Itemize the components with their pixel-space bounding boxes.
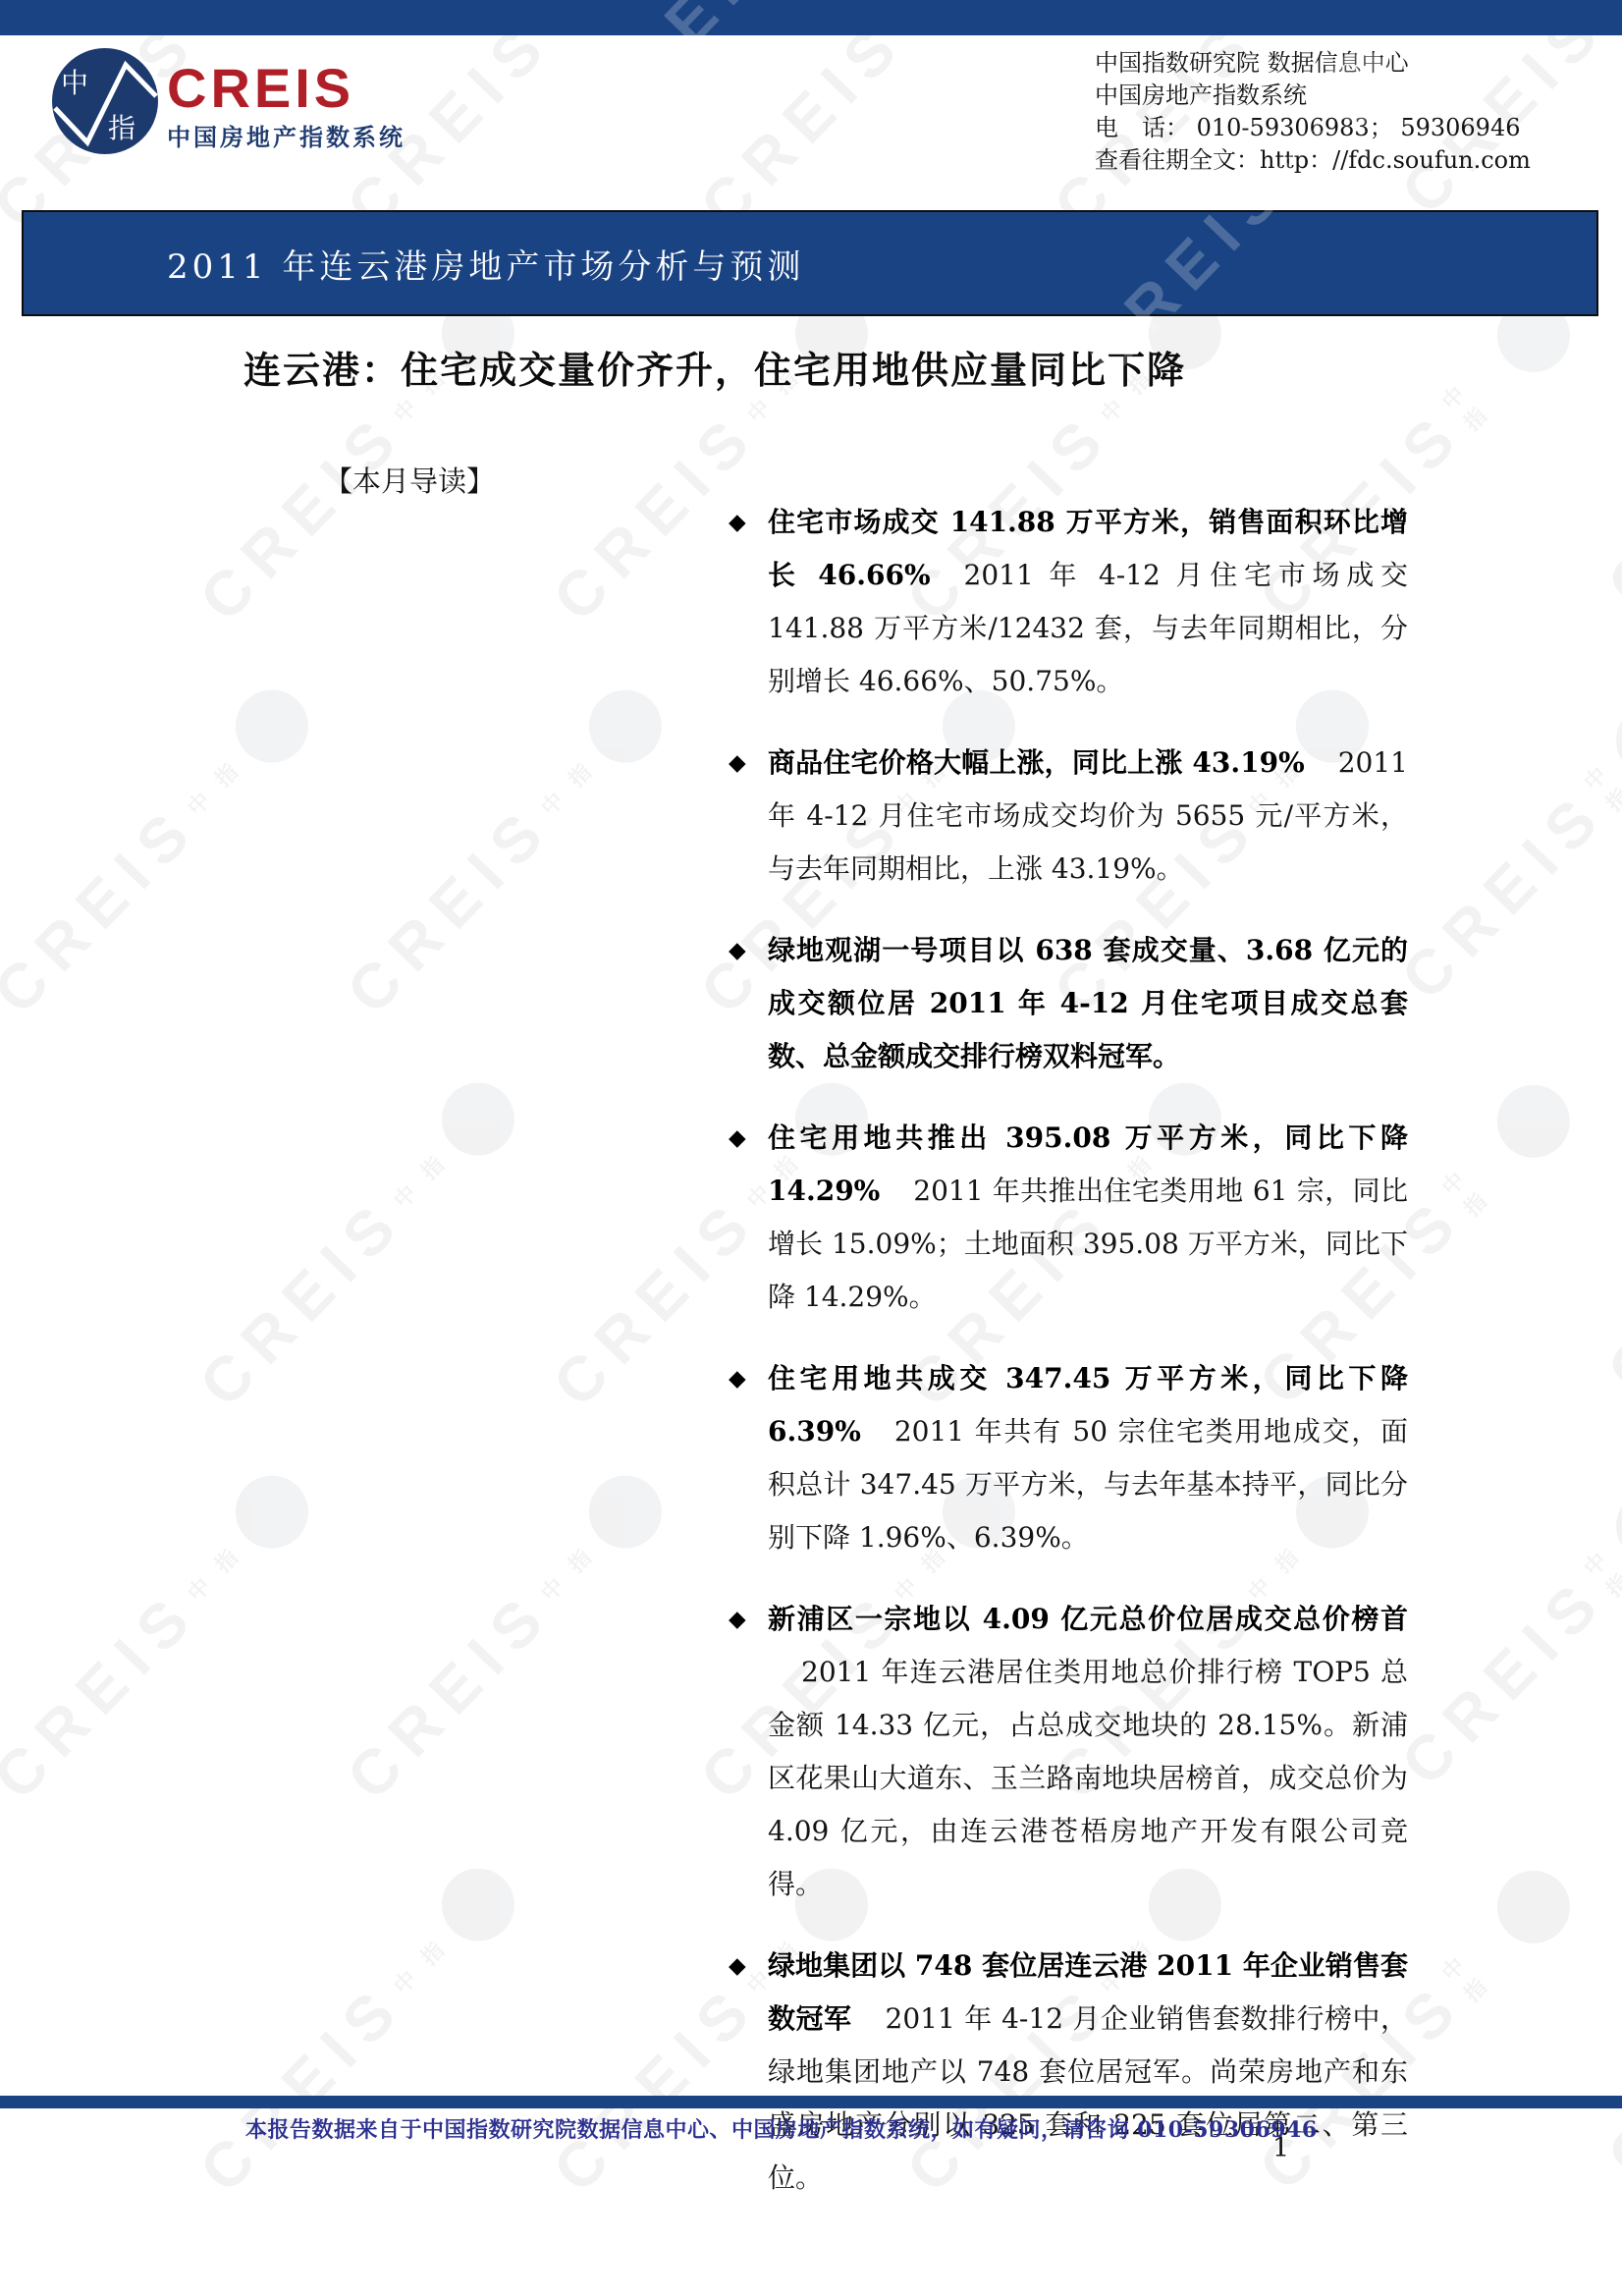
watermark-text: CREIS: [186, 397, 419, 634]
watermark-circle-logo-icon: [573, 675, 676, 778]
watermark-subtext: 中 指: [1577, 755, 1622, 817]
footer-note: 本报告数据来自于中国指数研究院数据信息中心、中国房地产指数系统，如有疑问，请咨询…: [245, 2113, 1325, 2144]
logo-char-top: 中: [61, 67, 88, 99]
bullet-diamond-icon: ◆: [729, 1112, 756, 1324]
highlights-list: ◆住宅市场成交 141.88 万平方米，销售面积环比增长 46.66%2011 …: [729, 496, 1408, 2233]
logo-char-bottom: 指: [108, 112, 135, 144]
watermark-text: CREIS: [333, 1575, 567, 1813]
page-number: 1: [1272, 2133, 1289, 2163]
creis-watermark: CREIS中 指: [0, 1460, 323, 1813]
creis-logo: 中 指 CREIS 中国房地产指数系统: [51, 47, 405, 155]
creis-watermark: CREIS中 指: [333, 675, 676, 1027]
bullet-diamond-icon: ◆: [729, 924, 756, 1083]
watermark-circle-logo-icon: [426, 1067, 529, 1171]
watermark-circle-logo-icon: [1600, 689, 1622, 793]
bullet-diamond-icon: ◆: [729, 1352, 756, 1564]
highlight-lead: 绿地观湖一号项目以 638 套成交量、3.68 亿元的成交额位居 2011 年 …: [768, 934, 1408, 1072]
watermark-text: CREIS: [186, 1968, 419, 2206]
watermark-subtext: 中 指: [1434, 351, 1521, 437]
watermark-text: CREIS: [1594, 383, 1622, 621]
watermark-text: CREIS: [0, 790, 212, 1027]
contact-url-line: 查看往期全文：http：//fdc.soufun.com: [1095, 144, 1556, 177]
highlight-item: ◆住宅用地共成交 347.45 万平方米，同比下降 6.39%2011 年共有 …: [729, 1352, 1408, 1564]
highlight-text: 绿地观湖一号项目以 638 套成交量、3.68 亿元的成交额位居 2011 年 …: [756, 924, 1408, 1083]
highlight-text: 住宅用地共成交 347.45 万平方米，同比下降 6.39%2011 年共有 5…: [756, 1352, 1408, 1564]
watermark-subtext: 中 指: [1577, 1541, 1622, 1603]
creis-watermark: CREIS中 指: [1387, 1475, 1622, 1799]
banner-title: 2011 年连云港房地产市场分析与预测: [24, 240, 804, 288]
highlight-lead: 商品住宅价格大幅上涨，同比上涨 43.19%: [768, 746, 1338, 779]
highlight-item: ◆商品住宅价格大幅上涨，同比上涨 43.19%2011 年 4-12 月住宅市场…: [729, 737, 1408, 896]
highlight-item: ◆住宅市场成交 141.88 万平方米，销售面积环比增长 46.66%2011 …: [729, 496, 1408, 708]
watermark-text: CREIS: [1387, 1561, 1621, 1799]
creis-watermark: CREIS中 指: [1594, 297, 1622, 621]
watermark-subtext: 中 指: [1434, 1922, 1521, 2008]
watermark-subtext: 中 指: [180, 752, 248, 822]
highlight-text: 住宅用地共推出 395.08 万平方米，同比下降 14.29%2011 年共推出…: [756, 1112, 1408, 1324]
report-banner: 2011 年连云港房地产市场分析与预测: [22, 210, 1598, 316]
creis-watermark: CREIS中 指: [1387, 689, 1622, 1013]
logo-text: CREIS 中国房地产指数系统: [167, 47, 405, 152]
report-page: CREIS中 指CREIS中 指CREIS中 指CREIS中 指CREIS中 指…: [0, 0, 1622, 2296]
watermark-text: CREIS: [1594, 1169, 1622, 1406]
highlight-body: 2011 年连云港居住类用地总价排行榜 TOP5 总金额 14.33 亿元，占总…: [768, 1656, 1408, 1900]
highlight-item: ◆绿地集团以 748 套位居连云港 2011 年企业销售套数冠军2011 年 4…: [729, 1940, 1408, 2205]
contact-org-line: 中国指数研究院 数据信息中心: [1095, 47, 1556, 80]
report-header: 中 指 CREIS 中国房地产指数系统 中国指数研究院 数据信息中心 中国房地产…: [0, 35, 1622, 212]
watermark-subtext: 中 指: [533, 1538, 602, 1608]
page-title: 连云港：住宅成交量价齐升，住宅用地供应量同比下降: [243, 340, 1422, 394]
section-label: 【本月导读】: [324, 460, 495, 500]
contact-system-line: 中国房地产指数系统: [1095, 80, 1556, 112]
watermark-subtext: 中 指: [386, 1931, 455, 2000]
creis-watermark: CREIS中 指: [333, 1460, 676, 1813]
watermark-text: CREIS: [186, 1182, 419, 1420]
watermark-subtext: 中 指: [1434, 1136, 1521, 1223]
watermark-subtext: 中 指: [386, 1145, 455, 1215]
watermark-circle-logo-icon: [220, 675, 323, 778]
highlight-item: ◆住宅用地共推出 395.08 万平方米，同比下降 14.29%2011 年共推…: [729, 1112, 1408, 1324]
watermark-circle-logo-icon: [1600, 1475, 1622, 1578]
highlight-text: 绿地集团以 748 套位居连云港 2011 年企业销售套数冠军2011 年 4-…: [756, 1940, 1408, 2205]
footer-divider: [0, 2096, 1622, 2108]
watermark-text: CREIS: [333, 790, 567, 1027]
watermark-circle-logo-icon: [220, 1460, 323, 1563]
creis-watermark: CREIS中 指: [1594, 1082, 1622, 1406]
contact-phone-line: 电 话： 010-59306983； 59306946: [1095, 112, 1556, 144]
creis-watermark: CREIS中 指: [1594, 1868, 1622, 2192]
logo-subtitle: 中国房地产指数系统: [167, 118, 405, 152]
highlight-text: 住宅市场成交 141.88 万平方米，销售面积环比增长 46.66%2011 年…: [756, 496, 1408, 708]
watermark-circle-logo-icon: [426, 1853, 529, 1956]
watermark-subtext: 中 指: [180, 1538, 248, 1608]
watermark-text: CREIS: [1594, 1954, 1622, 2192]
creis-watermark: CREIS中 指: [186, 1853, 529, 2206]
bullet-diamond-icon: ◆: [729, 1940, 756, 2205]
header-contact: 中国指数研究院 数据信息中心 中国房地产指数系统 电 话： 010-593069…: [1095, 47, 1556, 177]
highlight-item: ◆绿地观湖一号项目以 638 套成交量、3.68 亿元的成交额位居 2011 年…: [729, 924, 1408, 1083]
watermark-circle-logo-icon: [1483, 1856, 1586, 1959]
watermark-circle-logo-icon: [573, 1460, 676, 1563]
bullet-diamond-icon: ◆: [729, 496, 756, 708]
creis-watermark: CREIS中 指: [0, 675, 323, 1027]
creis-logo-mark-icon: 中 指: [51, 47, 159, 155]
watermark-text: CREIS: [1387, 776, 1621, 1013]
watermark-subtext: 中 指: [533, 752, 602, 822]
highlight-text: 商品住宅价格大幅上涨，同比上涨 43.19%2011 年 4-12 月住宅市场成…: [756, 737, 1408, 896]
creis-watermark: CREIS中 指: [186, 1067, 529, 1420]
highlight-text: 新浦区一宗地以 4.09 亿元总价位居成交总价榜首2011 年连云港居住类用地总…: [756, 1593, 1408, 1911]
watermark-circle-logo-icon: [1483, 1070, 1586, 1174]
watermark-text: CREIS: [0, 1575, 212, 1813]
highlight-item: ◆新浦区一宗地以 4.09 亿元总价位居成交总价榜首2011 年连云港居住类用地…: [729, 1593, 1408, 1911]
creis-watermark: CREIS中 指: [186, 282, 529, 634]
bullet-diamond-icon: ◆: [729, 1593, 756, 1911]
logo-wordmark: CREIS: [167, 63, 405, 114]
top-bar: [0, 0, 1622, 35]
bullet-diamond-icon: ◆: [729, 737, 756, 896]
